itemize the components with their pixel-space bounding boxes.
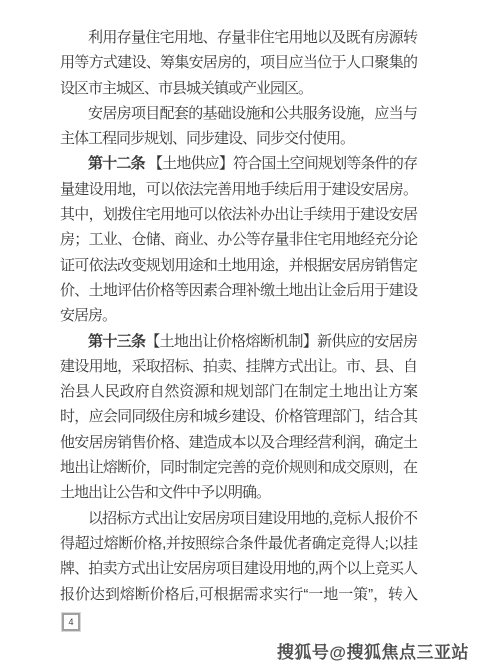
paragraph-line: 利用存量住宅用地、存量非住宅用地以及既有房源转: [60, 25, 417, 50]
paragraph-line: 地出让熔断价，同时制定完善的竞价规则和成交原则，在: [60, 455, 417, 480]
paragraph-line: 房；工业、仓储、商业、办公等存量非住宅用地经充分论: [60, 227, 417, 252]
paragraph-line: 其中，划拨住宅用地可以依法补办出让手续用于建设安居: [60, 202, 417, 227]
sohu-watermark: 搜狐号@搜狐焦点三亚站: [277, 638, 469, 663]
paragraph-line: 证可依法改变规划用途和土地用途，并根据安居房销售定: [60, 253, 417, 278]
paragraph-line: 时，应会同同级住房和城乡建设、价格管理部门，结合其: [60, 404, 417, 429]
paragraph-line: 量建设用地，可以依法完善用地手续后用于建设安居房。: [60, 177, 417, 202]
article-12-number: 第十二条: [88, 155, 145, 172]
article-12-heading-line: 第十二条 【土地供应】符合国土空间规划等条件的存: [60, 151, 417, 176]
document-body: 利用存量住宅用地、存量非住宅用地以及既有房源转 用等方式建设、筹集安居房的，项目…: [60, 25, 417, 607]
page-number-frame: 4: [62, 613, 80, 631]
paragraph-line: 牌、拍卖方式出让安居房项目建设用地的,两个以上竞买人: [60, 556, 417, 581]
paragraph-line: 土地出让公告和文件中予以明确。: [60, 480, 417, 505]
paragraph-line: 主体工程同步规划、同步建设、同步交付使用。: [60, 126, 417, 151]
paragraph-line: 建设用地，采取招标、拍卖、挂牌方式出让。市、县、自: [60, 354, 417, 379]
article-13-number: 第十三条: [88, 333, 145, 350]
paragraph-line: 报价达到熔断价格后,可根据需求实行“一地一策”，转入: [60, 582, 417, 607]
document-page: 利用存量住宅用地、存量非住宅用地以及既有房源转 用等方式建设、筹集安居房的，项目…: [0, 0, 477, 671]
paragraph-line: 用等方式建设、筹集安居房的，项目应当位于人口聚集的: [60, 50, 417, 75]
article-13-heading-line: 第十三条【土地出让价格熔断机制】新供应的安居房: [60, 329, 417, 354]
paragraph-line: 他安居房销售价格、建造成本以及合理经营利润，确定土: [60, 430, 417, 455]
paragraph-line: 安居房项目配套的基础设施和公共服务设施，应当与: [60, 101, 417, 126]
paragraph-line: 得超过熔断价格,并按照综合条件最优者确定竞得人;以挂: [60, 531, 417, 556]
paragraph-line: 价、土地评估价格等因素合理补缴土地出让金后用于建设: [60, 278, 417, 303]
paragraph-line: 安居房。: [60, 303, 417, 328]
paragraph-line: 设区市主城区、市县城关镇或产业园区。: [60, 76, 417, 101]
page-number: 4: [68, 618, 73, 627]
paragraph-line: 治县人民政府自然资源和规划部门在制定土地出让方案: [60, 379, 417, 404]
article-13-heading-rest: 【土地出让价格熔断机制】新供应的安居房: [145, 333, 417, 350]
article-12-heading-rest: 【土地供应】符合国土空间规划等条件的存: [145, 155, 417, 172]
paragraph-line: 以招标方式出让安居房项目建设用地的,竞标人报价不: [60, 506, 417, 531]
